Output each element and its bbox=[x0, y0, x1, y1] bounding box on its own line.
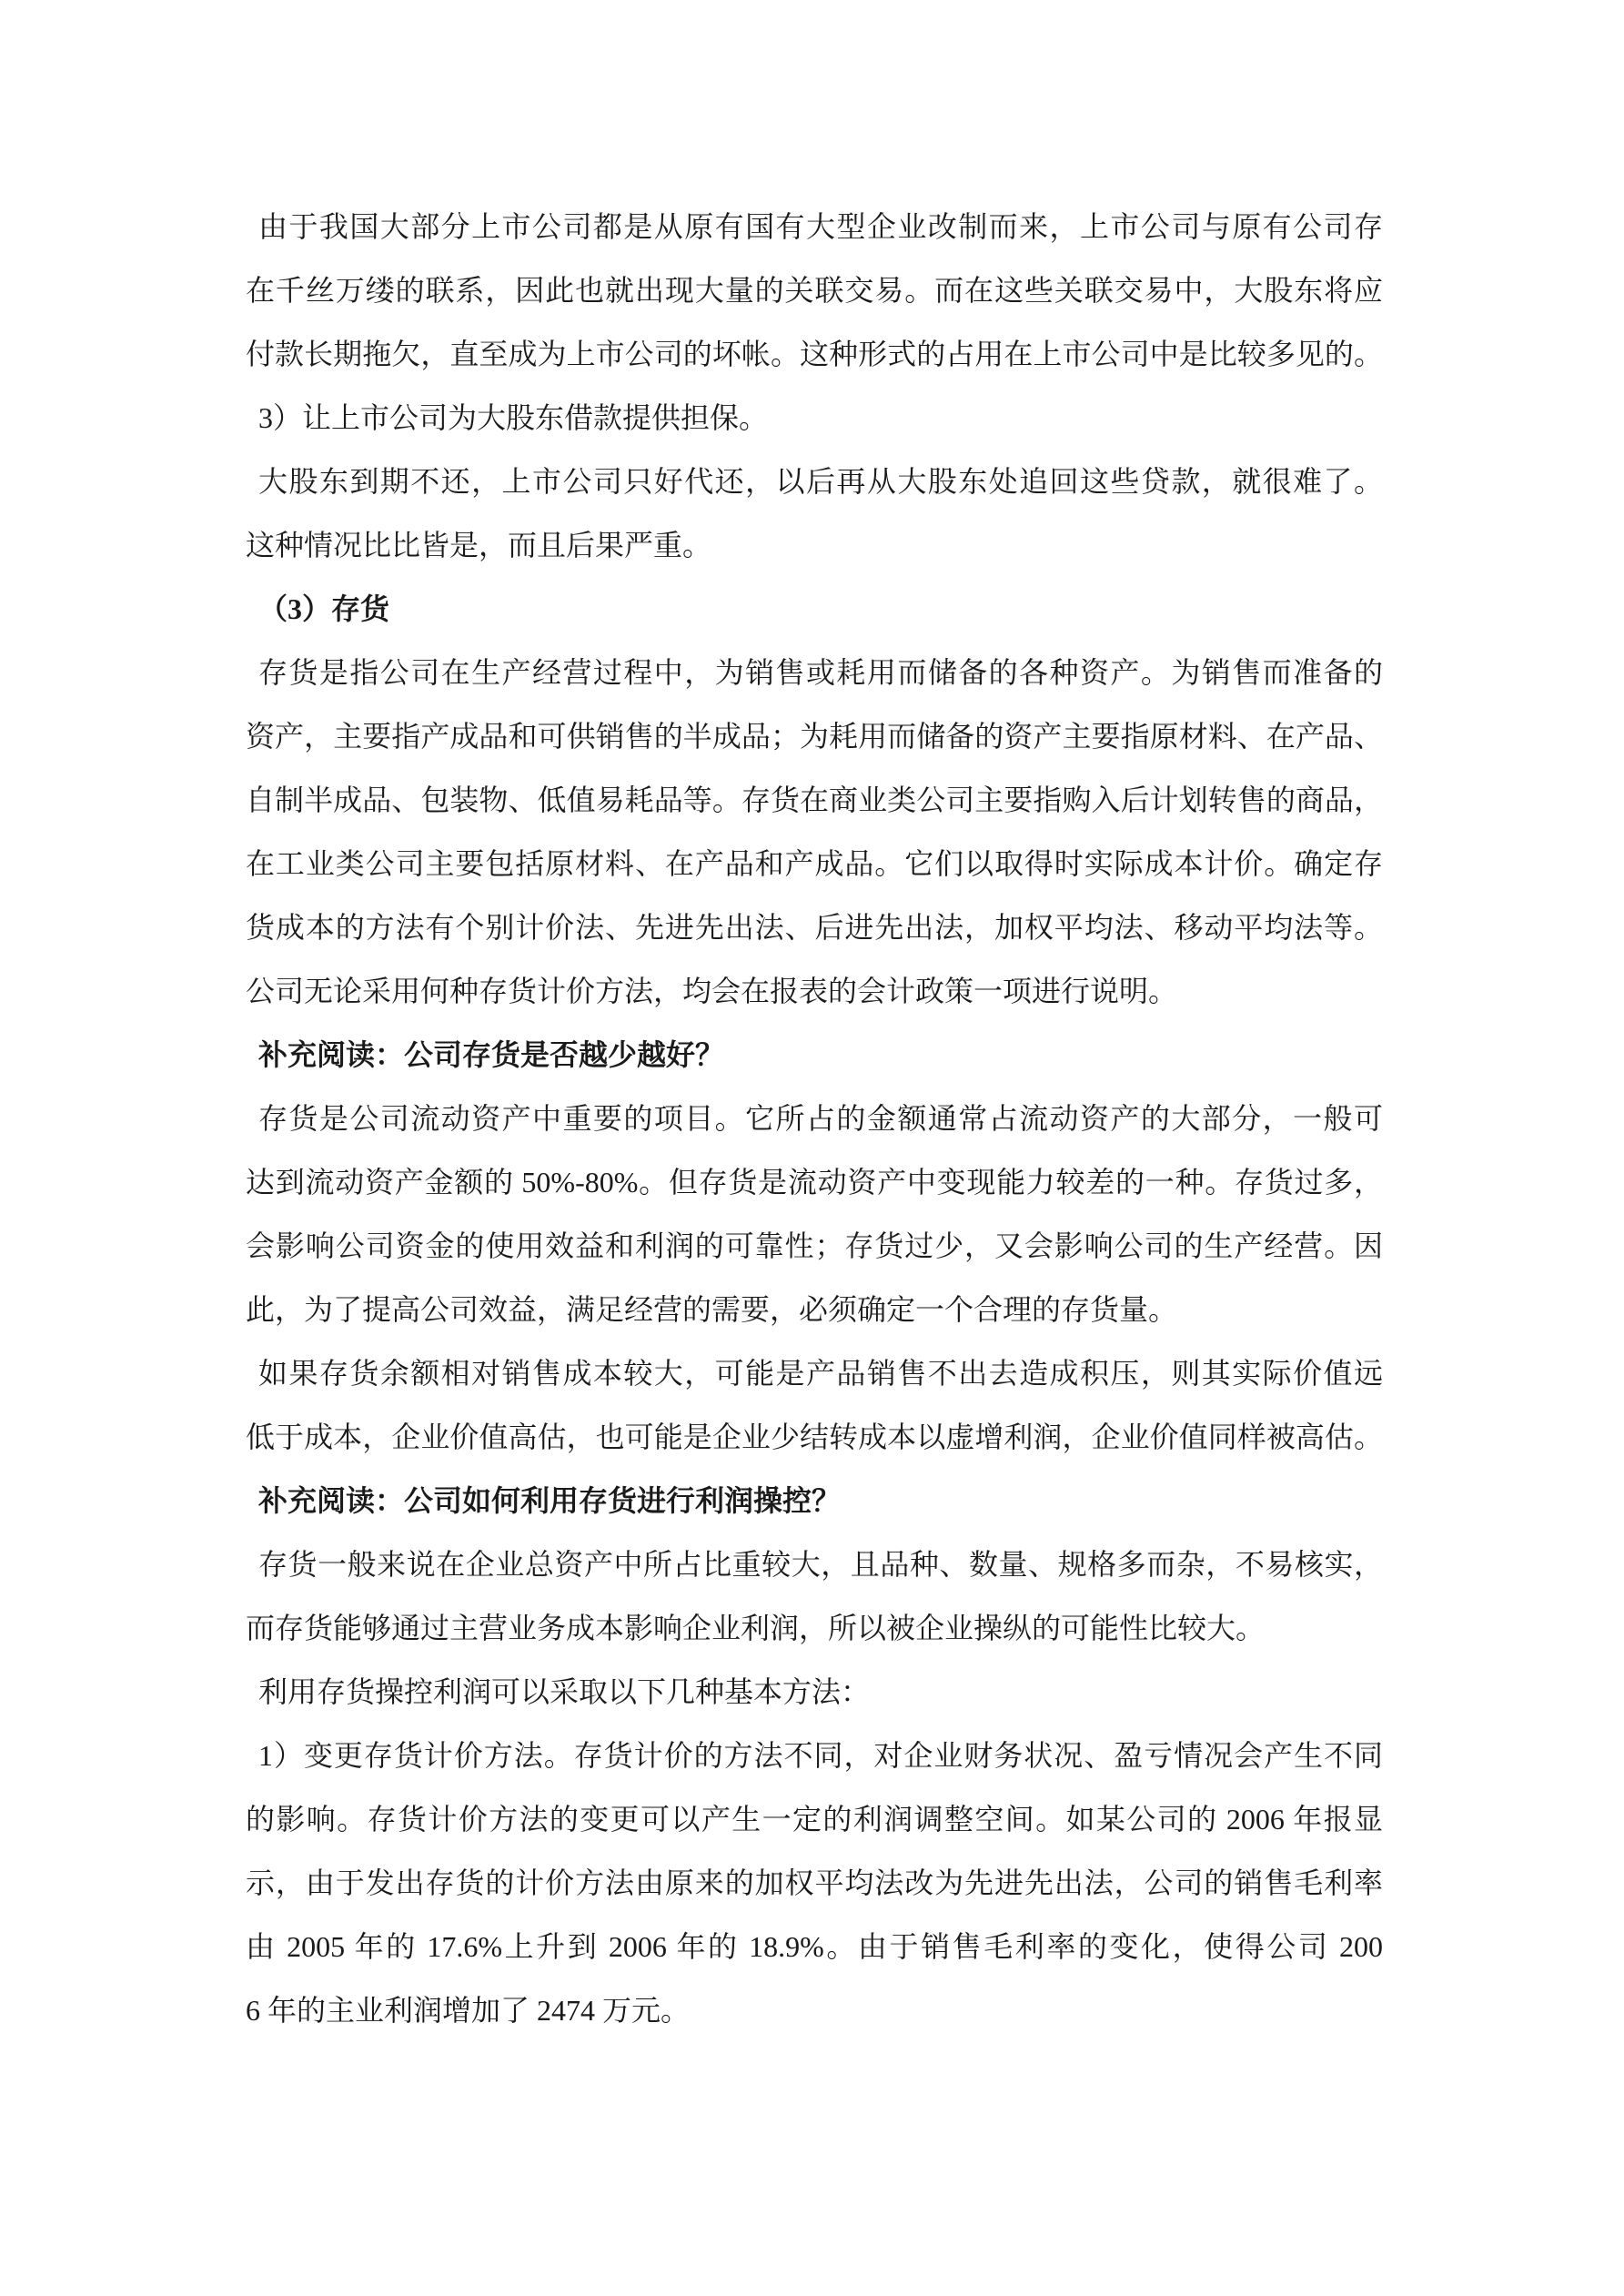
text-line: 示，由于发出存货的计价方法由原来的加权平均法改为先进先出法，公司的销售毛利率 bbox=[246, 1851, 1383, 1915]
text-line: 在工业类公司主要包括原材料、在产品和产成品。它们以取得时实际成本计价。确定存 bbox=[246, 832, 1383, 895]
text-line: 如果存货余额相对销售成本较大，可能是产品销售不出去造成积压，则其实际价值远 bbox=[246, 1341, 1383, 1405]
text-line: 大股东到期不还，上市公司只好代还，以后再从大股东处追回这些贷款，就很难了。 bbox=[246, 450, 1383, 513]
section-heading: （3）存货 bbox=[246, 577, 1383, 641]
text-line: 存货一般来说在企业总资产中所占比重较大，且品种、数量、规格多而杂，不易核实， bbox=[246, 1532, 1383, 1596]
text-line: 由于我国大部分上市公司都是从原有国有大型企业改制而来，上市公司与原有公司存 bbox=[246, 195, 1383, 258]
text-line: 1）变更存货计价方法。存货计价的方法不同，对企业财务状况、盈亏情况会产生不同 bbox=[246, 1724, 1383, 1787]
text-line: 利用存货操控利润可以采取以下几种基本方法： bbox=[246, 1660, 1383, 1724]
text-line: 低于成本，企业价值高估，也可能是企业少结转成本以虚增利润，企业价值同样被高估。 bbox=[246, 1405, 1383, 1469]
document-content: 由于我国大部分上市公司都是从原有国有大型企业改制而来，上市公司与原有公司存 在千… bbox=[246, 195, 1383, 2042]
text-line: 这种情况比比皆是，而且后果严重。 bbox=[246, 513, 1383, 577]
text-line: 自制半成品、包装物、低值易耗品等。存货在商业类公司主要指购入后计划转售的商品， bbox=[246, 768, 1383, 832]
text-line: 6 年的主业利润增加了 2474 万元。 bbox=[246, 1978, 1383, 2042]
text-line: 的影响。存货计价方法的变更可以产生一定的利润调整空间。如某公司的 2006 年报… bbox=[246, 1787, 1383, 1851]
text-line: 而存货能够通过主营业务成本影响企业利润，所以被企业操纵的可能性比较大。 bbox=[246, 1596, 1383, 1660]
supplementary-reading-heading: 补充阅读：公司如何利用存货进行利润操控？ bbox=[246, 1469, 1383, 1532]
text-line: 在千丝万缕的联系，因此也就出现大量的关联交易。而在这些关联交易中，大股东将应 bbox=[246, 258, 1383, 322]
text-line: 达到流动资产金额的 50%-80%。但存货是流动资产中变现能力较差的一种。存货过… bbox=[246, 1150, 1383, 1214]
document-page: 由于我国大部分上市公司都是从原有国有大型企业改制而来，上市公司与原有公司存 在千… bbox=[0, 0, 1624, 2296]
text-line: 由 2005 年的 17.6%上升到 2006 年的 18.9%。由于销售毛利率… bbox=[246, 1915, 1383, 1978]
text-line: 资产，主要指产成品和可供销售的半成品；为耗用而储备的资产主要指原材料、在产品、 bbox=[246, 704, 1383, 768]
text-line: 公司无论采用何种存货计价方法，均会在报表的会计政策一项进行说明。 bbox=[246, 959, 1383, 1023]
text-line: 会影响公司资金的使用效益和利润的可靠性；存货过少，又会影响公司的生产经营。因 bbox=[246, 1214, 1383, 1278]
text-line: 付款长期拖欠，直至成为上市公司的坏帐。这种形式的占用在上市公司中是比较多见的。 bbox=[246, 322, 1383, 386]
text-line: 存货是公司流动资产中重要的项目。它所占的金额通常占流动资产的大部分，一般可 bbox=[246, 1087, 1383, 1150]
text-line: 货成本的方法有个别计价法、先进先出法、后进先出法，加权平均法、移动平均法等。 bbox=[246, 895, 1383, 959]
text-line: 3）让上市公司为大股东借款提供担保。 bbox=[246, 386, 1383, 450]
text-line: 此，为了提高公司效益，满足经营的需要，必须确定一个合理的存货量。 bbox=[246, 1278, 1383, 1341]
text-line: 存货是指公司在生产经营过程中，为销售或耗用而储备的各种资产。为销售而准备的 bbox=[246, 641, 1383, 704]
supplementary-reading-heading: 补充阅读：公司存货是否越少越好？ bbox=[246, 1023, 1383, 1087]
